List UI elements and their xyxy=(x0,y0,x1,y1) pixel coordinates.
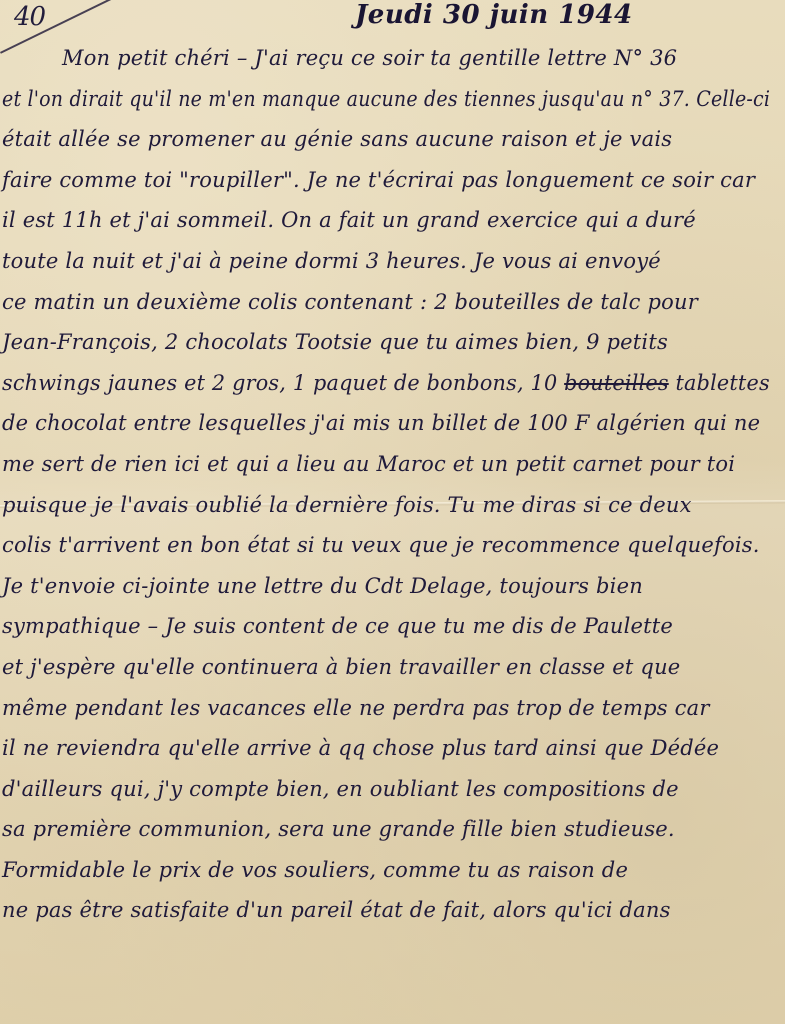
letter-line: ce matin un deuxième colis contenant : 2… xyxy=(0,282,785,323)
letter-line: il est 11h et j'ai sommeil. On a fait un… xyxy=(0,200,785,241)
letter-line: Formidable le prix de vos souliers, comm… xyxy=(0,850,785,891)
letter-line: d'ailleurs qui, j'y compte bien, en oubl… xyxy=(0,769,785,810)
letter-line: de chocolat entre lesquelles j'ai mis un… xyxy=(0,403,785,444)
letter-line: et l'on dirait qu'il ne m'en manque aucu… xyxy=(0,79,785,120)
letter-page: 40 Jeudi 30 juin 1944 Mon petit chéri – … xyxy=(0,0,785,1024)
letter-line: même pendant les vacances elle ne perdra… xyxy=(0,688,785,729)
letter-body: Mon petit chéri – J'ai reçu ce soir ta g… xyxy=(0,38,785,931)
letter-line: sa première communion, sera une grande f… xyxy=(0,809,785,850)
letter-line: Je t'envoie ci-jointe une lettre du Cdt … xyxy=(0,566,785,607)
letter-line: était allée se promener au génie sans au… xyxy=(0,119,785,160)
letter-line: il ne reviendra qu'elle arrive à qq chos… xyxy=(0,728,785,769)
letter-line: et j'espère qu'elle continuera à bien tr… xyxy=(0,647,785,688)
letter-line-with-strikethrough: schwings jaunes et 2 gros, 1 paquet de b… xyxy=(0,363,785,404)
letter-line: sympathique – Je suis content de ce que … xyxy=(0,606,785,647)
letter-line: ne pas être satisfaite d'un pareil état … xyxy=(0,890,785,931)
letter-line: faire comme toi "roupiller". Je ne t'écr… xyxy=(0,160,785,201)
struck-out-word: bouteilles xyxy=(564,371,669,395)
letter-line: me sert de rien ici et qui a lieu au Mar… xyxy=(0,444,785,485)
letter-line: colis t'arrivent en bon état si tu veux … xyxy=(0,525,785,566)
letter-line: puisque je l'avais oublié la dernière fo… xyxy=(0,485,785,526)
letter-line: Mon petit chéri – J'ai reçu ce soir ta g… xyxy=(0,38,785,79)
letter-line: Jean-François, 2 chocolats Tootsie que t… xyxy=(0,322,785,363)
letter-date: Jeudi 30 juin 1944 xyxy=(355,0,633,30)
page-number: 40 xyxy=(14,2,45,32)
letter-line: toute la nuit et j'ai à peine dormi 3 he… xyxy=(0,241,785,282)
